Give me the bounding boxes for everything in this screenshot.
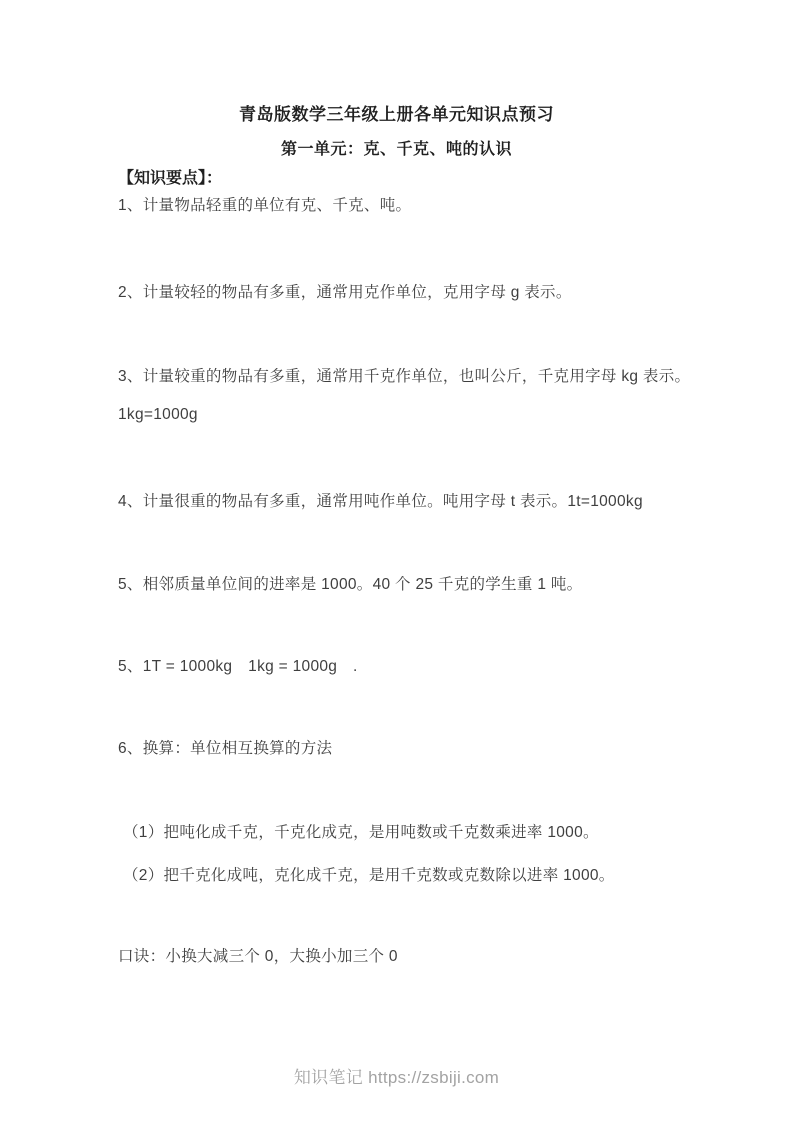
document-page: 青岛版数学三年级上册各单元知识点预习 第一单元：克、千克、吨的认识 【知识要点】… (0, 0, 793, 1122)
unit-title: 第一单元：克、千克、吨的认识 (0, 138, 793, 162)
knowledge-point-5: 5、相邻质量单位间的进率是 1000。40 个 25 千克的学生重 1 吨。 (118, 573, 683, 597)
knowledge-point-6: 6、换算：单位相互换算的方法 (118, 737, 683, 761)
formula-kg-equals-g: 1kg=1000g (118, 403, 683, 427)
knowledge-point-5-formulas: 5、1T = 1000kg 1kg = 1000g . (118, 655, 683, 679)
knowledge-point-1: 1、计量物品轻重的单位有克、千克、吨。 (118, 194, 683, 218)
knowledge-point-4: 4、计量很重的物品有多重，通常用吨作单位。吨用字母 t 表示。1t=1000kg (118, 490, 683, 514)
mnemonic-rhyme: 口诀：小换大减三个 0，大换小加三个 0 (118, 945, 683, 969)
section-heading-knowledge-points: 【知识要点】： (118, 167, 222, 191)
conversion-method-1: （1）把吨化成千克，千克化成克，是用吨数或千克数乘进率 1000。 (123, 821, 683, 845)
document-title: 青岛版数学三年级上册各单元知识点预习 (0, 103, 793, 127)
conversion-method-2: （2）把千克化成吨，克化成千克，是用千克数或克数除以进率 1000。 (123, 864, 683, 888)
watermark-site-text: 知识笔记 https://zsbiji.com (294, 1068, 499, 1087)
knowledge-point-2: 2、计量较轻的物品有多重，通常用克作单位，克用字母 g 表示。 (118, 281, 683, 305)
knowledge-point-3: 3、计量较重的物品有多重，通常用千克作单位，也叫公斤，千克用字母 kg 表示。 (118, 365, 683, 389)
watermark-footer: 知识笔记 https://zsbiji.com (0, 1066, 793, 1090)
